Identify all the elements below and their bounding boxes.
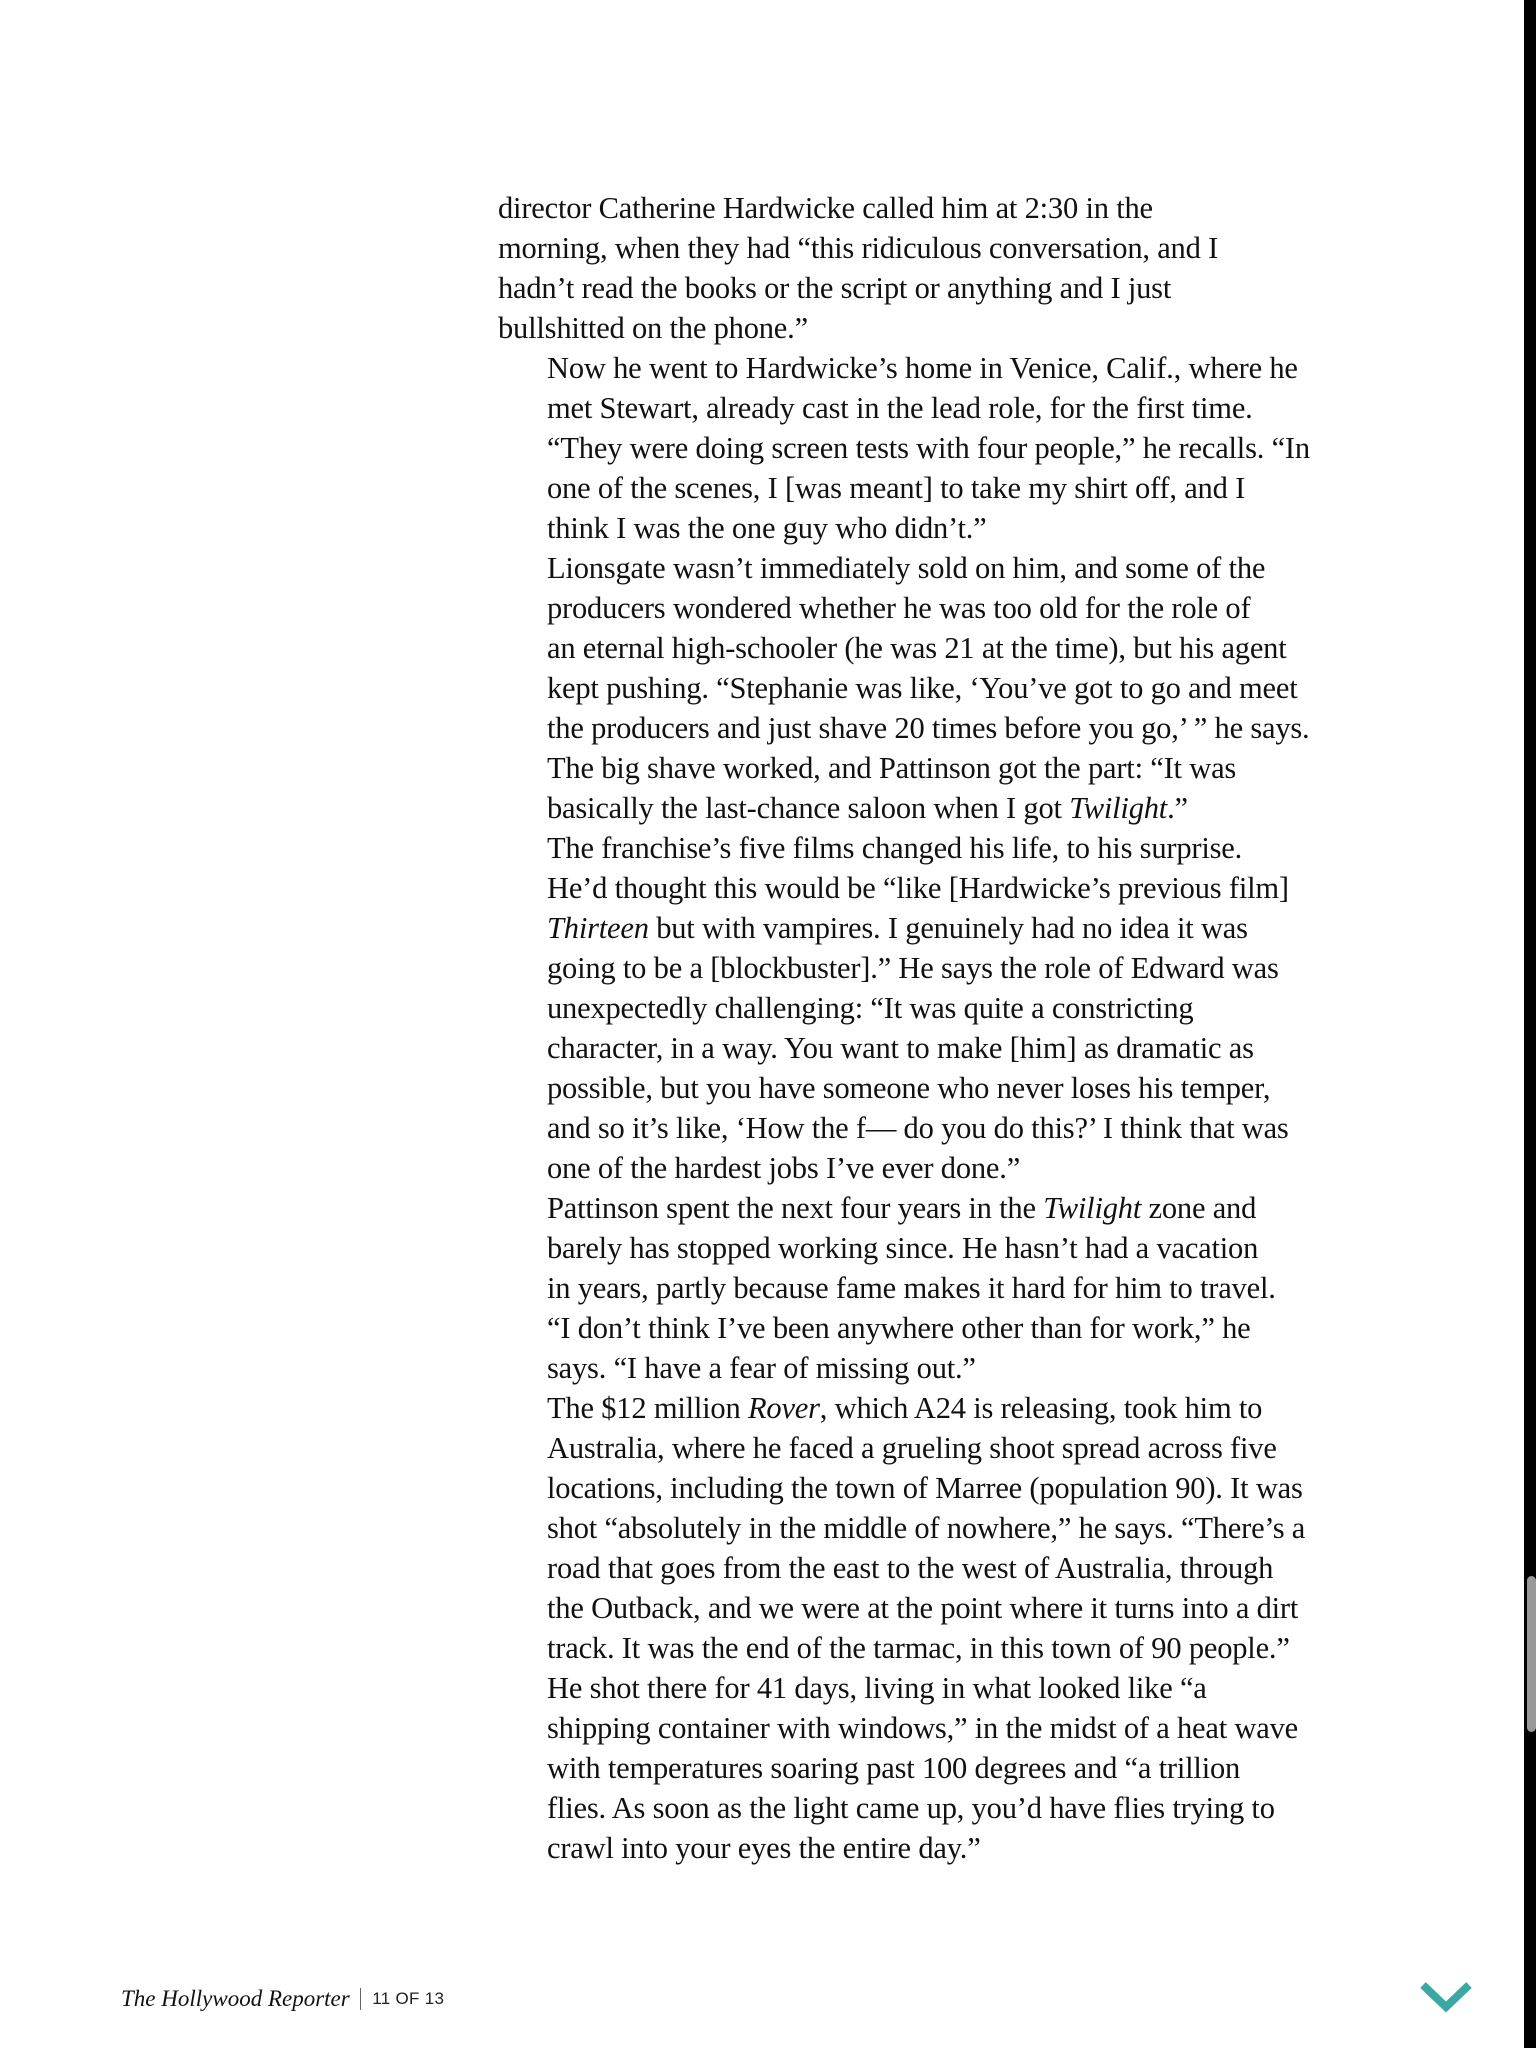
publication-name: The Hollywood Reporter: [121, 1986, 350, 2012]
article-body: director Catherine Hardwicke called him …: [498, 188, 1408, 1868]
next-page-button[interactable]: [1418, 1978, 1474, 2018]
text-line: the Outback, and we were at the point wh…: [498, 1588, 1408, 1628]
text-line: hadn’t read the books or the script or a…: [498, 268, 1408, 308]
italic-title: Thirteen: [547, 911, 649, 945]
text-line: possible, but you have someone who never…: [498, 1068, 1408, 1108]
text-line: barely has stopped working since. He has…: [498, 1228, 1408, 1268]
text-line: “I don’t think I’ve been anywhere other …: [498, 1308, 1408, 1348]
text-line: the producers and just shave 20 times be…: [498, 708, 1408, 748]
article-paragraph: The $12 million Rover, which A24 is rele…: [498, 1388, 1408, 1668]
article-paragraph: He shot there for 41 days, living in wha…: [498, 1668, 1408, 1868]
text-line: one of the scenes, I [was meant] to take…: [498, 468, 1408, 508]
italic-title: Rover: [748, 1391, 820, 1425]
page-footer: The Hollywood Reporter 11 OF 13: [121, 1982, 444, 2016]
article-paragraph: director Catherine Hardwicke called him …: [498, 188, 1408, 348]
text-line: going to be a [blockbuster].” He says th…: [498, 948, 1408, 988]
page-indicator: 11 OF 13: [372, 1989, 444, 2009]
article-paragraph: Now he went to Hardwicke’s home in Venic…: [498, 348, 1408, 548]
text-line: Pattinson spent the next four years in t…: [498, 1188, 1408, 1228]
text-line: road that goes from the east to the west…: [498, 1548, 1408, 1588]
text-line: crawl into your eyes the entire day.”: [498, 1828, 1408, 1868]
text-line: Thirteen but with vampires. I genuinely …: [498, 908, 1408, 948]
text-line: director Catherine Hardwicke called him …: [498, 188, 1408, 228]
article-paragraph: Pattinson spent the next four years in t…: [498, 1188, 1408, 1388]
text-line: flies. As soon as the light came up, you…: [498, 1788, 1408, 1828]
scrollbar-thumb[interactable]: [1527, 1576, 1536, 1732]
text-line: in years, partly because fame makes it h…: [498, 1268, 1408, 1308]
text-line: “They were doing screen tests with four …: [498, 428, 1408, 468]
text-line: He shot there for 41 days, living in wha…: [498, 1668, 1408, 1708]
italic-title: Twilight: [1043, 1191, 1141, 1225]
text-line: The big shave worked, and Pattinson got …: [498, 748, 1408, 788]
text-line: The $12 million Rover, which A24 is rele…: [498, 1388, 1408, 1428]
text-line: track. It was the end of the tarmac, in …: [498, 1628, 1408, 1668]
text-line: one of the hardest jobs I’ve ever done.”: [498, 1148, 1408, 1188]
article-paragraph: Lionsgate wasn’t immediately sold on him…: [498, 548, 1408, 748]
vertical-scrollbar[interactable]: [1524, 0, 1536, 2048]
article-paragraph: The franchise’s five films changed his l…: [498, 828, 1408, 1188]
text-line: basically the last-chance saloon when I …: [498, 788, 1408, 828]
text-line: Now he went to Hardwicke’s home in Venic…: [498, 348, 1408, 388]
footer-divider: [360, 1988, 362, 2010]
text-line: The franchise’s five films changed his l…: [498, 828, 1408, 868]
text-line: He’d thought this would be “like [Hardwi…: [498, 868, 1408, 908]
text-line: met Stewart, already cast in the lead ro…: [498, 388, 1408, 428]
text-line: kept pushing. “Stephanie was like, ‘You’…: [498, 668, 1408, 708]
text-line: shot “absolutely in the middle of nowher…: [498, 1508, 1408, 1548]
chevron-down-icon: [1419, 1980, 1473, 2016]
text-line: producers wondered whether he was too ol…: [498, 588, 1408, 628]
article-paragraph: The big shave worked, and Pattinson got …: [498, 748, 1408, 828]
text-line: with temperatures soaring past 100 degre…: [498, 1748, 1408, 1788]
text-line: says. “I have a fear of missing out.”: [498, 1348, 1408, 1388]
text-line: character, in a way. You want to make [h…: [498, 1028, 1408, 1068]
text-line: morning, when they had “this ridiculous …: [498, 228, 1408, 268]
text-line: Australia, where he faced a grueling sho…: [498, 1428, 1408, 1468]
text-line: locations, including the town of Marree …: [498, 1468, 1408, 1508]
text-line: bullshitted on the phone.”: [498, 308, 1408, 348]
text-line: Lionsgate wasn’t immediately sold on him…: [498, 548, 1408, 588]
text-line: and so it’s like, ‘How the f— do you do …: [498, 1108, 1408, 1148]
italic-title: Twilight: [1069, 791, 1167, 825]
text-line: unexpectedly challenging: “It was quite …: [498, 988, 1408, 1028]
text-line: shipping container with windows,” in the…: [498, 1708, 1408, 1748]
magazine-page: director Catherine Hardwicke called him …: [0, 0, 1524, 2048]
text-line: an eternal high-schooler (he was 21 at t…: [498, 628, 1408, 668]
text-line: think I was the one guy who didn’t.”: [498, 508, 1408, 548]
